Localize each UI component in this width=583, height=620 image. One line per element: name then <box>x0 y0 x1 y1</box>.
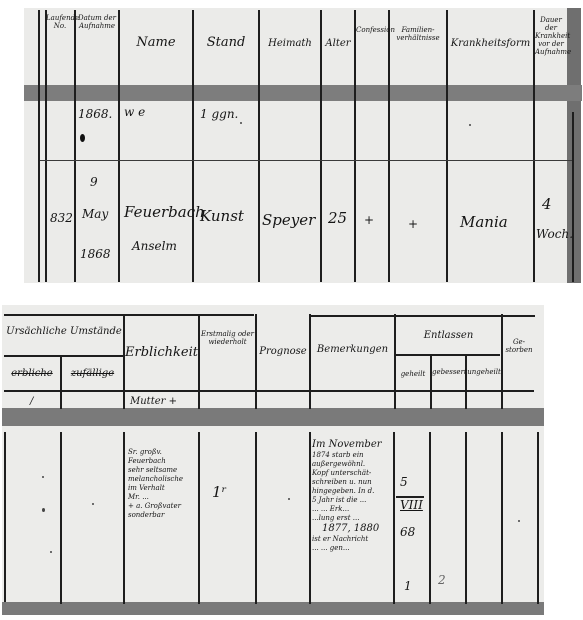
header-ursachl-erbliche: erbliche <box>4 368 60 380</box>
erblichkeit-line: im Verhalt <box>128 484 198 493</box>
bemerkungen-line: ... ... Erk... <box>312 505 394 514</box>
top-col-divider <box>572 112 574 282</box>
cell-dauer-value: 4 <box>542 196 552 213</box>
erblichkeit-line: melancholische <box>128 475 198 484</box>
header-krankheit: Krankheitsform <box>448 38 533 50</box>
bottom-strip-footer-band <box>2 602 544 615</box>
bemerkungen-line: außergewöhnl. <box>312 460 394 469</box>
cell-entlassen-geheilt-mark: 1 <box>404 580 412 594</box>
header-dauer: Dauer der Krankheit vor der Aufnahme <box>535 16 567 56</box>
bottom-col-divider <box>60 432 62 604</box>
ink-blot <box>80 134 85 142</box>
bemerkungen-line: ist er Nachricht <box>312 535 394 544</box>
bottom-col-divider <box>309 314 311 409</box>
scan-speck <box>288 498 290 500</box>
cell-alter: 25 <box>328 210 347 227</box>
pre-row-ursachl-mark: / <box>30 396 33 408</box>
erblichkeit-line: Sr. großv. <box>128 448 198 457</box>
cell-familien: + <box>408 218 418 232</box>
bottom-col-divider <box>501 432 503 604</box>
cell-lfd-nr: 832 <box>50 212 73 226</box>
cell-erblichkeit-notes: Sr. großv. Feuerbach sehr seltsame melan… <box>128 448 198 520</box>
pre-row-name: w e <box>124 106 145 120</box>
pre-row-stand: 1 ggn. <box>200 108 238 122</box>
scan-speck <box>42 476 44 478</box>
bottom-col-divider <box>255 314 257 409</box>
bottom-col-divider <box>429 432 431 604</box>
header-entlassen: Entlassen <box>396 330 501 342</box>
cell-heimath: Speyer <box>262 212 315 229</box>
bottom-col-divider <box>394 314 396 409</box>
header-erblichkeit: Erblichkeit <box>125 346 198 361</box>
header-confession: Confession <box>356 26 388 34</box>
cell-datum-year: 1868 <box>80 248 111 262</box>
bemerkungen-line: 1877, 1880 <box>312 523 394 535</box>
erblichkeit-line: sehr seltsame <box>128 466 198 475</box>
top-col-divider <box>320 10 322 282</box>
bottom-col-divider <box>309 432 311 604</box>
top-col-divider <box>38 10 40 282</box>
header-datum: Datum der Aufnahme <box>76 14 118 30</box>
bottom-col-divider <box>465 432 467 604</box>
pre-row-erblichkeit: Mutter + <box>130 396 177 408</box>
top-col-divider <box>45 10 47 282</box>
bottom-col-divider <box>198 314 200 409</box>
header-lfd-nr: Laufende No. <box>46 14 74 30</box>
cell-entlassen-day: 5 <box>400 476 408 490</box>
scan-speck <box>518 520 520 522</box>
bemerkungen-line: hingegeben. In d. <box>312 487 394 496</box>
top-strip-header-band <box>24 85 582 101</box>
entlassen-subheader-divider <box>395 354 500 356</box>
header-entlassen-ungeheilt: ungeheilt <box>467 368 501 376</box>
cell-entlassen-gebessert-mark: 2 <box>438 574 446 588</box>
header-gestorben: Ge-storben <box>503 338 535 354</box>
scan-speck <box>469 124 471 126</box>
header-stand: Stand <box>194 36 258 51</box>
bottom-top-border <box>4 314 254 316</box>
header-ursachl-zufaellige: zufällige <box>62 368 123 380</box>
bemerkungen-line: ... ... gen... <box>312 544 394 553</box>
bottom-col-divider <box>198 432 200 604</box>
bemerkungen-line: Kopf unterschät- <box>312 469 394 478</box>
scan-speck <box>240 122 242 124</box>
cell-confession: + <box>364 214 374 228</box>
pre-row-datum: 1868. <box>78 108 112 122</box>
erblichkeit-line: + a. Großvater <box>128 502 198 511</box>
header-erstmalig: Erstmalig oder wiederholt <box>200 330 255 346</box>
top-row-divider <box>40 160 572 161</box>
erblichkeit-line: Feuerbach <box>128 457 198 466</box>
bottom-col-divider <box>255 432 257 604</box>
bemerkungen-line: Im November <box>312 438 394 451</box>
bemerkungen-line: 5 Jahr ist die ... <box>312 496 394 505</box>
erblichkeit-line: sonderbar <box>128 511 198 520</box>
cell-datum-month: May <box>82 208 108 222</box>
top-col-divider <box>354 10 356 282</box>
bottom-header-divider <box>4 390 534 392</box>
bottom-col-divider <box>60 357 62 409</box>
bottom-strip-header-band <box>2 408 544 426</box>
cell-entlassen-month: VIII <box>400 499 423 513</box>
cell-stand: Kunst <box>200 208 244 225</box>
header-familien: Familien-verhältnisse <box>390 26 446 42</box>
header-entlassen-gebessert: gebessert <box>432 368 465 376</box>
scan-speck <box>42 508 45 512</box>
bemerkungen-line: 1874 starb ein <box>312 451 394 460</box>
header-name: Name <box>120 36 192 51</box>
cell-bemerkungen-notes: Im November 1874 starb ein außergewöhnl.… <box>312 438 394 553</box>
cell-krankheit: Mania <box>460 214 508 231</box>
erblichkeit-line: Mr. ... <box>128 493 198 502</box>
scan-speck <box>92 503 94 505</box>
header-entlassen-geheilt: geheilt <box>396 370 430 378</box>
header-ursachl: Ursächliche Umstände <box>4 326 124 338</box>
bottom-col-divider <box>465 355 467 409</box>
cell-entlassen-year: 68 <box>400 526 415 540</box>
bemerkungen-line: schreiben u. nun <box>312 478 394 487</box>
top-col-divider <box>258 10 260 282</box>
top-col-divider <box>446 10 448 282</box>
ursachl-subheader-divider <box>4 355 124 357</box>
bottom-col-divider <box>123 432 125 604</box>
top-col-divider <box>74 10 76 282</box>
cell-datum-day: 9 <box>90 176 98 190</box>
bottom-col-divider <box>537 432 539 604</box>
header-prognose: Prognose <box>257 346 309 358</box>
bottom-col-divider <box>430 355 432 409</box>
top-col-divider <box>388 10 390 282</box>
bottom-col-divider <box>4 432 6 602</box>
cell-erstmalig: 1ʳ <box>212 484 227 501</box>
cell-name-first: Anselm <box>132 240 177 254</box>
scan-speck <box>50 551 52 553</box>
cell-dauer-unit: Woch. <box>536 228 573 242</box>
header-bemerkungen: Bemerkungen <box>311 344 394 356</box>
bottom-col-divider <box>501 314 503 409</box>
header-alter: Alter <box>322 38 354 50</box>
cell-name-surname: Feuerbach <box>124 204 205 221</box>
header-heimath: Heimath <box>260 38 320 50</box>
bemerkungen-line: ...lung erst ... <box>312 514 394 523</box>
